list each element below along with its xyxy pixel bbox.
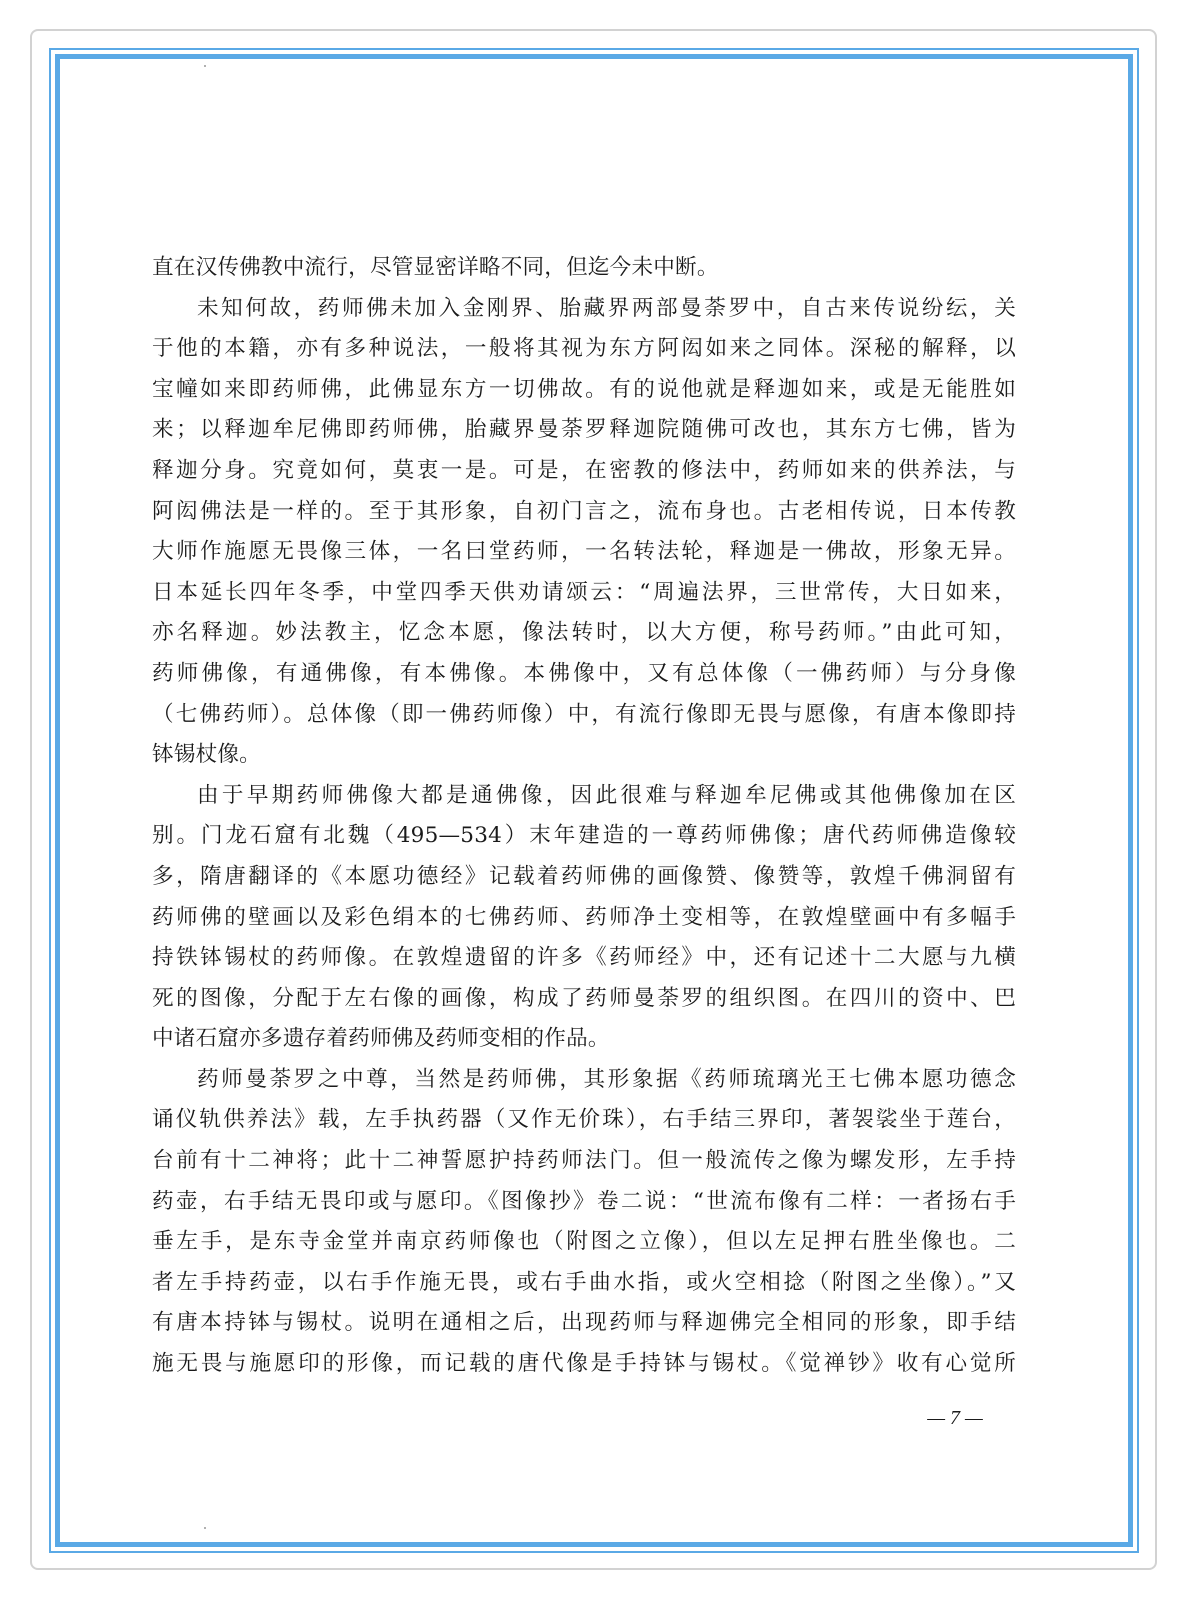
text-line: 直在汉传佛教中流行，尽管显密详略不同，但迄今未中断。 [152, 248, 1016, 289]
text-line: 中诸石窟亦多遗存着药师佛及药师变相的作品。 [152, 1019, 1016, 1060]
page-number: — 7 — [900, 1407, 1010, 1430]
text-line: 大师作施愿无畏像三体，一名曰堂药师，一名转法轮，释迦是一佛故，形象无异。 [152, 532, 1016, 573]
scan-speck [204, 65, 206, 67]
text-line: 有唐本持钵与锡杖。说明在通相之后，出现药师与释迦佛完全相同的形象，即手结 [152, 1303, 1016, 1344]
text-line: 死的图像，分配于左右像的画像，构成了药师曼荼罗的组织图。在四川的资中、巴 [152, 979, 1016, 1020]
text-line: 钵锡杖像。 [152, 735, 1016, 776]
text-line: 垂左手，是东寺金堂并南京药师像也（附图之立像），但以左足押右胜坐像也。二 [152, 1222, 1016, 1263]
scan-speck [204, 1527, 206, 1529]
text-line: （七佛药师）。总体像（即一佛药师像）中，有流行像即无畏与愿像，有唐本像即持 [152, 695, 1016, 736]
paragraph-first-line: 未知何故，药师佛未加入金刚界、胎藏界两部曼荼罗中，自古来传说纷纭，关 [152, 289, 1016, 330]
text-line: 别。门龙石窟有北魏（495—534）末年建造的一尊药师佛像；唐代药师佛造像较 [152, 816, 1016, 857]
text-line: 药师佛像，有通佛像，有本佛像。本佛像中，又有总体像（一佛药师）与分身像 [152, 654, 1016, 695]
text-line: 日本延长四年冬季，中堂四季天供劝请颂云：“周遍法界，三世常传，大日如来， [152, 573, 1016, 614]
document-body: 直在汉传佛教中流行，尽管显密详略不同，但迄今未中断。未知何故，药师佛未加入金刚界… [152, 248, 1016, 1385]
text-line: 者左手持药壶，以右手作施无畏，或右手曲水指，或火空相捻（附图之坐像）。”又 [152, 1263, 1016, 1304]
text-line: 阿闳佛法是一样的。至于其形象，自初门言之，流布身也。古老相传说，日本传教 [152, 492, 1016, 533]
paragraph-first-line: 由于早期药师佛像大都是通佛像，因此很难与释迦牟尼佛或其他佛像加在区 [152, 776, 1016, 817]
text-line: 释迦分身。究竟如何，莫衷一是。可是，在密教的修法中，药师如来的供养法，与 [152, 451, 1016, 492]
text-line: 台前有十二神将；此十二神誓愿护持药师法门。但一般流传之像为螺发形，左手持 [152, 1141, 1016, 1182]
text-line: 药师佛的壁画以及彩色绢本的七佛药师、药师净土变相等，在敦煌壁画中有多幅手 [152, 898, 1016, 939]
paragraph-first-line: 药师曼荼罗之中尊，当然是药师佛，其形象据《药师琉璃光王七佛本愿功德念 [152, 1060, 1016, 1101]
text-line: 于他的本籍，亦有多种说法，一般将其视为东方阿闳如来之同体。深秘的解释，以 [152, 329, 1016, 370]
text-line: 施无畏与施愿印的形像，而记载的唐代像是手持钵与锡杖。《觉禅钞》收有心觉所 [152, 1344, 1016, 1385]
text-line: 宝幢如来即药师佛，此佛显东方一切佛故。有的说他就是释迦如来，或是无能胜如 [152, 370, 1016, 411]
text-line: 持铁钵锡杖的药师像。在敦煌遗留的许多《药师经》中，还有记述十二大愿与九横 [152, 938, 1016, 979]
text-line: 诵仪轨供养法》载，左手执药器（又作无价珠），右手结三界印，著袈裟坐于莲台， [152, 1100, 1016, 1141]
text-line: 亦名释迦。妙法教主，忆念本愿，像法转时，以大方便，称号药师。”由此可知， [152, 613, 1016, 654]
text-line: 来；以释迦牟尼佛即药师佛，胎藏界曼荼罗释迦院随佛可改也，其东方七佛，皆为 [152, 410, 1016, 451]
text-line: 药壶，右手结无畏印或与愿印。《图像抄》卷二说：“世流布像有二样：一者扬右手 [152, 1182, 1016, 1223]
text-line: 多，隋唐翻译的《本愿功德经》记载着药师佛的画像赞、像赞等，敦煌千佛洞留有 [152, 857, 1016, 898]
